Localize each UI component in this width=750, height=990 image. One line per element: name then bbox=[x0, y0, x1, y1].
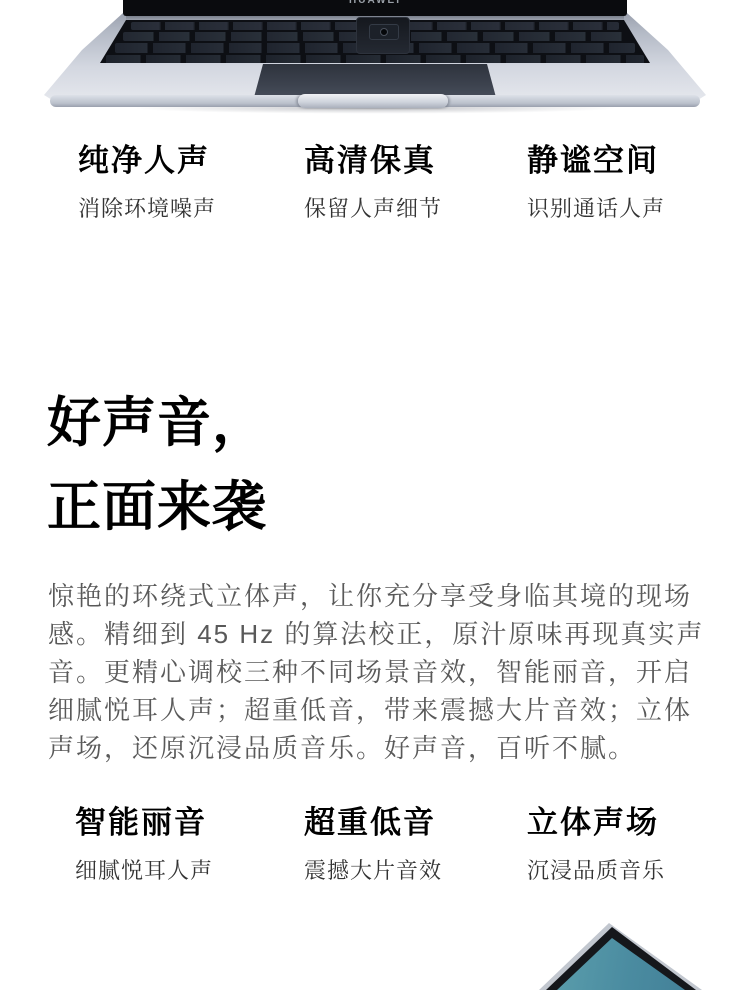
camera-lens-icon bbox=[380, 28, 388, 36]
laptop-lid-notch bbox=[298, 94, 448, 108]
headline-line-1: 好声音， bbox=[47, 393, 267, 453]
feature-title: 智能丽音 bbox=[75, 803, 213, 843]
feature-desc: 沉浸品质音乐 bbox=[527, 856, 665, 886]
feature-super-bass: 超重低音 震撼大片音效 bbox=[304, 803, 442, 886]
intro-line: 感。精细到 45 Hz 的算法校正，原汁原味再现真实声 bbox=[48, 615, 720, 653]
feature-desc: 震撼大片音效 bbox=[304, 856, 442, 886]
intro-paragraph: 惊艳的环绕式立体声，让你充分享受身临其境的现场 感。精细到 45 Hz 的算法校… bbox=[48, 577, 720, 767]
feature-desc: 细腻悦耳人声 bbox=[75, 856, 213, 886]
headline-line-2: 正面来袭 bbox=[47, 477, 267, 537]
feature-title: 高清保真 bbox=[304, 141, 442, 181]
feature-pure-voice: 纯净人声 消除环境噪声 bbox=[78, 141, 216, 224]
feature-title: 超重低音 bbox=[304, 803, 442, 843]
popup-camera-key bbox=[356, 17, 410, 54]
laptop-screen-corner-image bbox=[0, 910, 750, 990]
feature-hd-fidelity: 高清保真 保留人声细节 bbox=[304, 141, 442, 224]
feature-smart-sound: 智能丽音 细腻悦耳人声 bbox=[75, 803, 213, 886]
camera-icon bbox=[369, 24, 399, 40]
intro-line: 惊艳的环绕式立体声，让你充分享受身临其境的现场 bbox=[48, 577, 720, 615]
feature-title: 纯净人声 bbox=[78, 141, 216, 181]
feature-desc: 识别通话人声 bbox=[527, 194, 665, 224]
feature-desc: 保留人声细节 bbox=[304, 194, 442, 224]
feature-stereo-field: 立体声场 沉浸品质音乐 bbox=[527, 803, 665, 886]
huawei-logo: HUAWEI bbox=[123, 0, 627, 6]
feature-title: 静谧空间 bbox=[527, 141, 665, 181]
feature-quiet-space: 静谧空间 识别通话人声 bbox=[527, 141, 665, 224]
intro-line: 声场，还原沉浸品质音乐。好声音，百听不腻。 bbox=[48, 729, 720, 767]
section-headline: 好声音，正面来袭 bbox=[47, 381, 267, 549]
feature-desc: 消除环境噪声 bbox=[78, 194, 216, 224]
feature-title: 立体声场 bbox=[527, 803, 665, 843]
laptop-front-image: HUAWEI bbox=[0, 0, 750, 118]
intro-line: 细腻悦耳人声；超重低音，带来震撼大片音效；立体 bbox=[48, 691, 720, 729]
laptop-screen-bottom: HUAWEI bbox=[123, 0, 627, 16]
intro-line: 音。更精心调校三种不同场景音效，智能丽音，开启 bbox=[48, 653, 720, 691]
product-page: HUAWEI 纯净人声 消除环境噪声 高清保真 保留人声细节 静谧空间 识别通话… bbox=[0, 0, 750, 990]
